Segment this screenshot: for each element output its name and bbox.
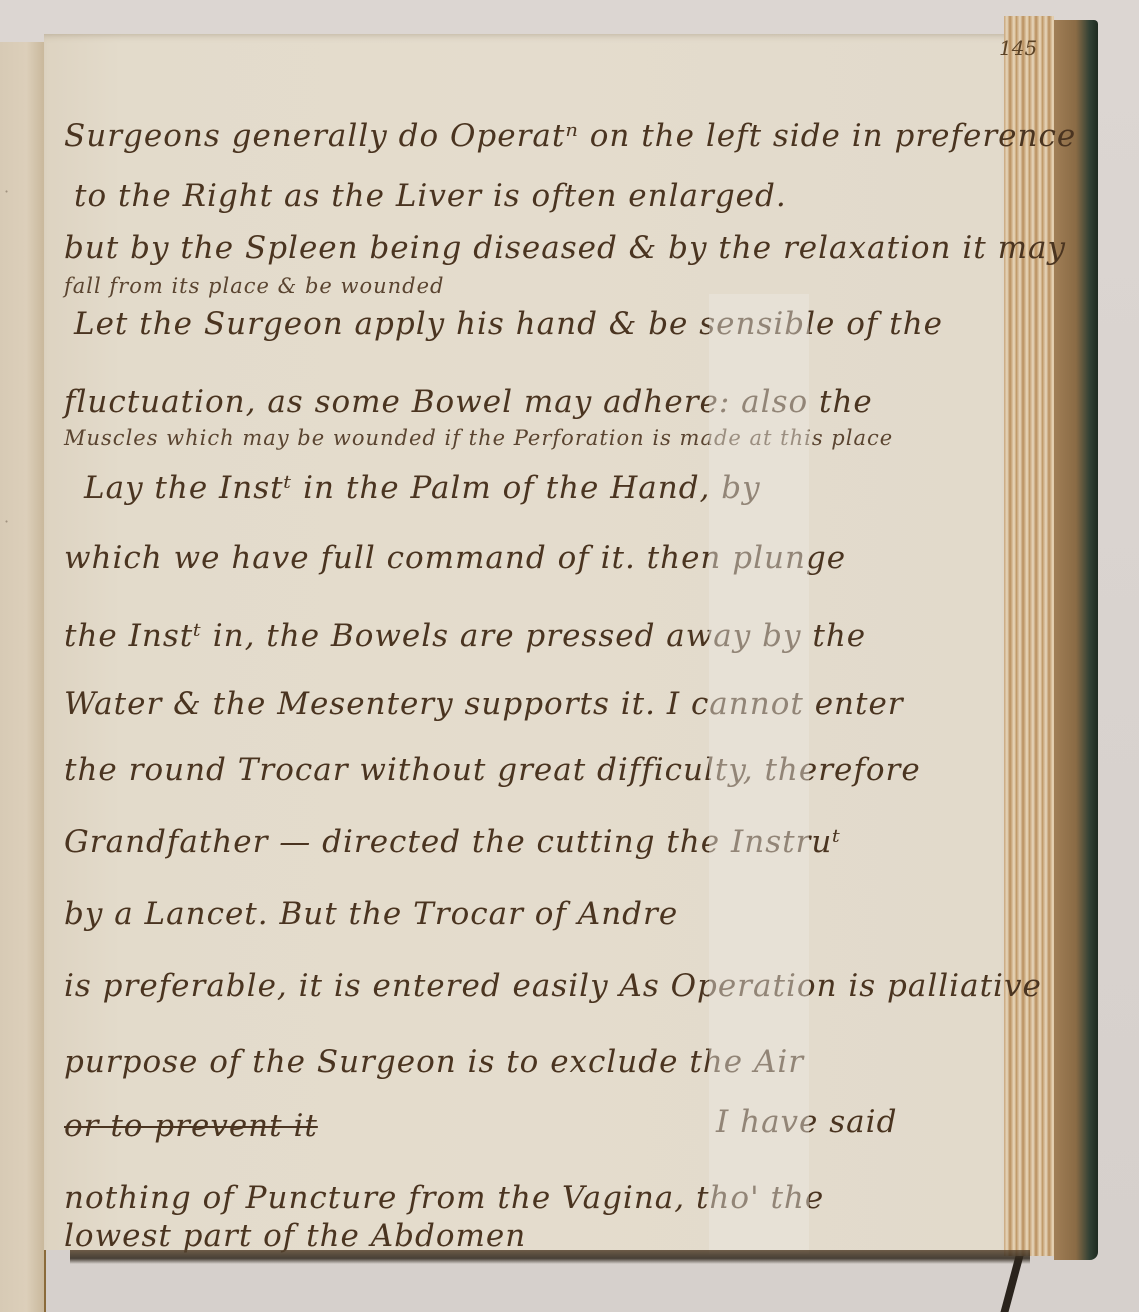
text-line: Let the Surgeon apply his hand & be sens… (74, 306, 943, 342)
left-page-mark: · (4, 182, 9, 201)
book-cover (1054, 20, 1098, 1260)
text-line: by a Lancet. But the Trocar of Andre (64, 896, 678, 932)
left-page-edge: · · (0, 42, 46, 1312)
page-bottom-shadow (70, 1250, 1030, 1264)
manuscript-page: 145 Surgeons generally do Operatⁿ on the… (44, 34, 1004, 1250)
text-line: is preferable, it is entered easily As O… (64, 968, 1042, 1004)
text-line: purpose of the Surgeon is to exclude the… (64, 1044, 804, 1080)
page-number: 145 (999, 36, 1037, 60)
text-line: lowest part of the Abdomen (64, 1218, 526, 1254)
text-line: to the Right as the Liver is often enlar… (74, 178, 787, 214)
text-line: the round Trocar without great difficult… (64, 752, 921, 788)
text-line: Water & the Mesentery supports it. I can… (64, 686, 904, 722)
text-line: Surgeons generally do Operatⁿ on the lef… (64, 118, 1076, 154)
text-line: but by the Spleen being diseased & by th… (64, 230, 1066, 266)
page-edges (1004, 16, 1054, 1256)
left-page-mark: · (4, 512, 9, 531)
text-line: Lay the Instᵗ in the Palm of the Hand, b… (84, 470, 761, 506)
text-line: Grandfather — directed the cutting the I… (64, 824, 841, 860)
text-line: the Instᵗ in, the Bowels are pressed awa… (64, 618, 866, 654)
text-line: fluctuation, as some Bowel may adhere: a… (64, 384, 873, 420)
struck-text-line: or to prevent it (64, 1108, 318, 1144)
text-line: nothing of Puncture from the Vagina, tho… (64, 1180, 824, 1216)
text-line: fall from its place & be wounded (64, 274, 445, 298)
text-line: Muscles which may be wounded if the Perf… (64, 426, 893, 450)
text-line: I have said (716, 1104, 897, 1140)
text-line: which we have full command of it. then p… (64, 540, 846, 576)
